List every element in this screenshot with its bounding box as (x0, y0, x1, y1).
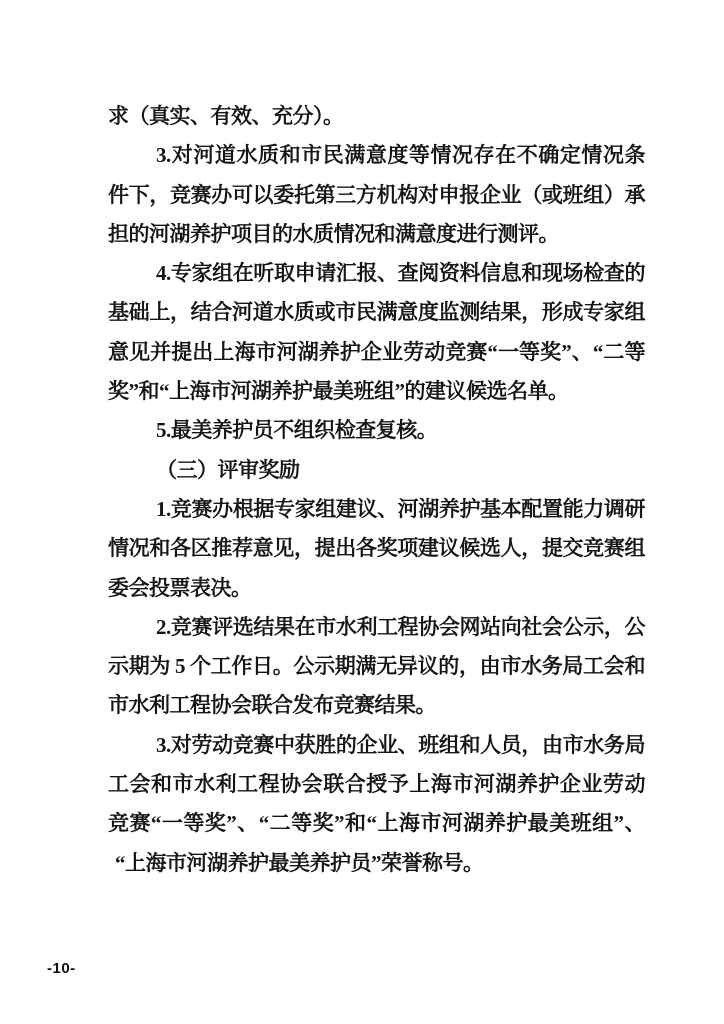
document-line: 奖”和“上海市河湖养护最美班组”的建议候选名单。 (108, 372, 645, 411)
document-line: 担的河湖养护项目的水质情况和满意度进行测评。 (108, 215, 645, 254)
document-line: 委会投票表决。 (108, 569, 645, 608)
document-line: （三）评审奖励 (108, 451, 645, 490)
document-body: 求（真实、有效、充分）。3.对河道水质和市民满意度等情况存在不确定情况条件下，竞… (108, 97, 645, 883)
document-line: 竞赛“一等奖”、“二等奖”和“上海市河湖养护最美班组”、 (108, 804, 645, 843)
document-line: 求（真实、有效、充分）。 (108, 97, 645, 136)
document-line: 市水利工程协会联合发布竞赛结果。 (108, 686, 645, 725)
document-line: 2.竞赛评选结果在市水利工程协会网站向社会公示，公 (108, 608, 645, 647)
document-line: 工会和市水利工程协会联合授予上海市河湖养护企业劳动 (108, 765, 645, 804)
page-number: -10- (47, 960, 76, 977)
document-line: 5.最美养护员不组织检查复核。 (108, 411, 645, 450)
document-line: 1.竞赛办根据专家组建议、河湖养护基本配置能力调研 (108, 490, 645, 529)
document-line: 情况和各区推荐意见，提出各奖项建议候选人，提交竞赛组 (108, 529, 645, 568)
document-line: 件下，竞赛办可以委托第三方机构对申报企业（或班组）承 (108, 176, 645, 215)
document-line: 3.对劳动竞赛中获胜的企业、班组和人员，由市水务局 (108, 726, 645, 765)
document-page: 求（真实、有效、充分）。3.对河道水质和市民满意度等情况存在不确定情况条件下，竞… (0, 0, 724, 1024)
document-line: 基础上，结合河道水质或市民满意度监测结果，形成专家组 (108, 293, 645, 332)
document-line: 意见并提出上海市河湖养护企业劳动竞赛“一等奖”、“二等 (108, 333, 645, 372)
document-line: 示期为 5 个工作日。公示期满无异议的，由市水务局工会和 (108, 647, 645, 686)
document-line: 4.专家组在听取申请汇报、查阅资料信息和现场检查的 (108, 254, 645, 293)
document-line: “上海市河湖养护最美养护员”荣誉称号。 (108, 844, 645, 883)
document-line: 3.对河道水质和市民满意度等情况存在不确定情况条 (108, 136, 645, 175)
